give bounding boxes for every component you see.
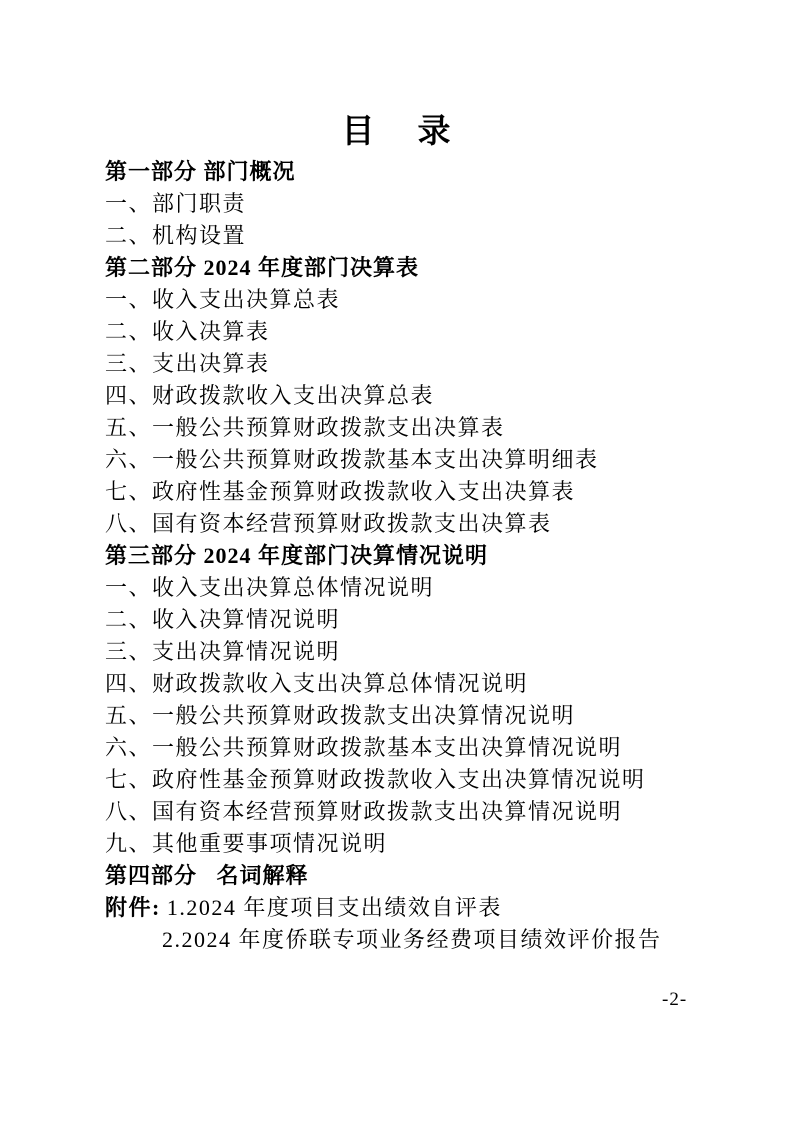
toc-item: 六、一般公共预算财政拨款基本支出决算明细表 <box>105 444 734 476</box>
document-page: 目 录 第一部分 部门概况 一、部门职责 二、机构设置 第二部分 2024 年度… <box>0 0 794 1122</box>
toc-item: 三、支出决算表 <box>105 348 734 380</box>
toc-item: 七、政府性基金预算财政拨款收入支出决算表 <box>105 476 734 508</box>
toc-item: 四、财政拨款收入支出决算总表 <box>105 380 734 412</box>
toc-item: 六、一般公共预算财政拨款基本支出决算情况说明 <box>105 732 734 764</box>
toc-attachment-line-1: 附件:1.2024 年度项目支出绩效自评表 <box>105 892 734 924</box>
page-number: -2- <box>662 988 687 1012</box>
toc-attachment-line-2: 2.2024 年度侨联专项业务经费项目绩效评价报告 <box>105 924 734 956</box>
attachment-item-1: 1.2024 年度项目支出绩效自评表 <box>167 895 502 920</box>
toc-heading-part2: 第二部分 2024 年度部门决算表 <box>105 252 734 284</box>
attachment-item-2: 2.2024 年度侨联专项业务经费项目绩效评价报告 <box>162 927 662 952</box>
toc-item: 一、收入支出决算总表 <box>105 284 734 316</box>
toc-item: 四、财政拨款收入支出决算总体情况说明 <box>105 668 734 700</box>
toc-item: 三、支出决算情况说明 <box>105 636 734 668</box>
toc-item: 八、国有资本经营预算财政拨款支出决算情况说明 <box>105 796 734 828</box>
table-of-contents: 第一部分 部门概况 一、部门职责 二、机构设置 第二部分 2024 年度部门决算… <box>105 156 734 956</box>
toc-item: 二、收入决算情况说明 <box>105 604 734 636</box>
toc-item: 一、部门职责 <box>105 188 734 220</box>
toc-item: 九、其他重要事项情况说明 <box>105 828 734 860</box>
toc-item: 七、政府性基金预算财政拨款收入支出决算情况说明 <box>105 764 734 796</box>
toc-item: 八、国有资本经营预算财政拨款支出决算表 <box>105 508 734 540</box>
toc-item: 一、收入支出决算总体情况说明 <box>105 572 734 604</box>
toc-item: 二、收入决算表 <box>105 316 734 348</box>
page-title: 目 录 <box>0 110 794 154</box>
toc-heading-part4: 第四部分 名词解释 <box>105 860 734 892</box>
toc-heading-part1: 第一部分 部门概况 <box>105 156 734 188</box>
toc-item: 五、一般公共预算财政拨款支出决算情况说明 <box>105 700 734 732</box>
toc-item: 二、机构设置 <box>105 220 734 252</box>
attachments-label: 附件: <box>105 895 161 920</box>
toc-heading-part3: 第三部分 2024 年度部门决算情况说明 <box>105 540 734 572</box>
toc-item: 五、一般公共预算财政拨款支出决算表 <box>105 412 734 444</box>
